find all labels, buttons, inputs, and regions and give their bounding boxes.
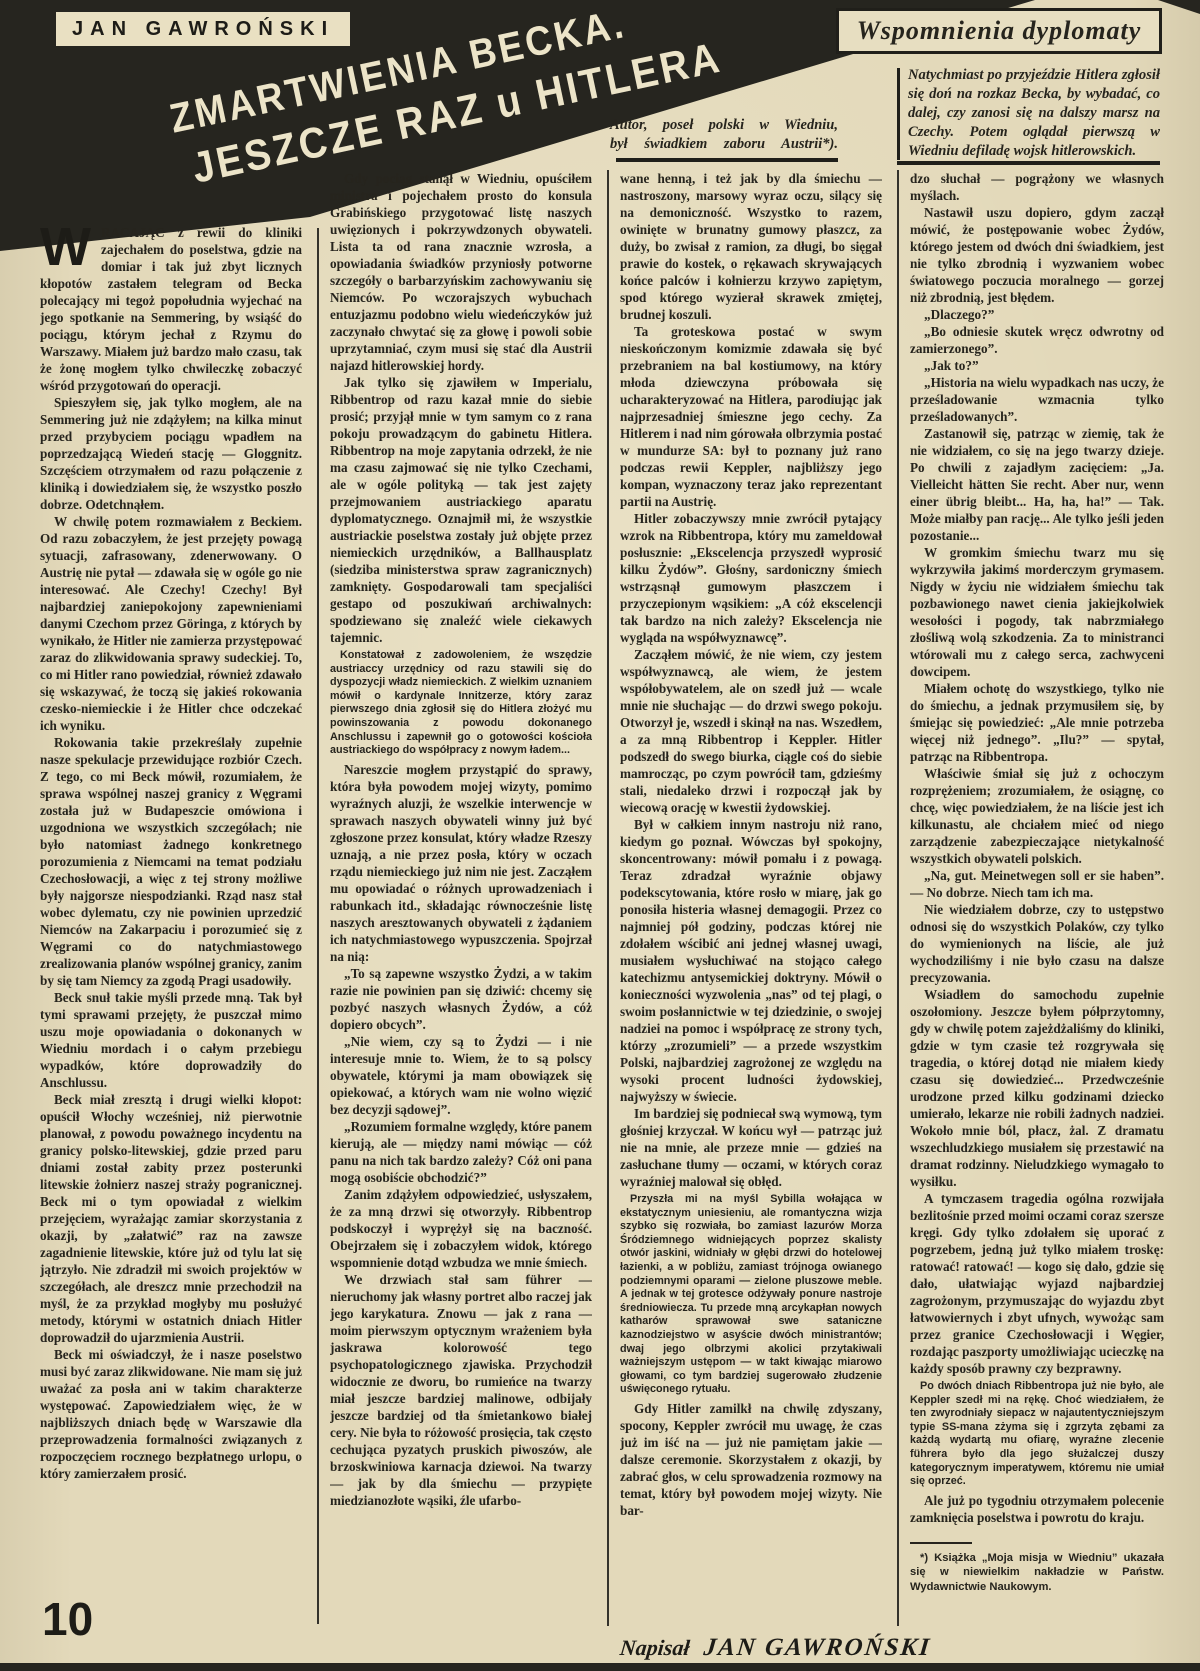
- article-column-1: WRACAJĄC z rewii do kliniki zajechałem d…: [40, 224, 302, 1622]
- article-column-3: wane henną, i też jak by dla śmiechu — n…: [620, 170, 882, 1626]
- column-divider-2: [607, 170, 609, 1626]
- byline: NapisałJAN GAWROŃSKI: [619, 1634, 1182, 1662]
- paragraph: „Rozumiem formalne względy, które panem …: [330, 1118, 592, 1186]
- newspaper-page: { "page": { "paper_color": "#e3d9ba", "i…: [0, 0, 1200, 1671]
- paragraph: Gdy Hitler zamilkł na chwilę zdyszany, s…: [620, 1400, 882, 1519]
- paragraph: Gdy pociąg stanął w Wiedniu, opuściłem m…: [330, 170, 592, 374]
- paragraph: Właściwie śmiał się już z ochoczym rozpr…: [910, 765, 1164, 867]
- paragraph: Nie wiedziałem dobrze, czy to ustępstwo …: [910, 901, 1164, 986]
- byline-prefix: Napisał: [619, 1635, 691, 1660]
- paragraph: Zacząłem mówić, że nie wiem, czy jestem …: [620, 646, 882, 816]
- author-note: Autor, poseł polski w Wiedniu, był świad…: [610, 116, 838, 154]
- paragraph: Rokowania takie przekreślały zupełnie na…: [40, 734, 302, 989]
- paragraph: W chwilę potem rozmawiałem z Beckiem. Od…: [40, 513, 302, 734]
- paragraph: wane henną, i też jak by dla śmiechu — n…: [620, 170, 882, 323]
- paragraph: „Dlaczego?”: [910, 306, 1164, 323]
- rule-under-author-note: [616, 158, 838, 162]
- column-divider-1: [317, 228, 319, 1624]
- paragraph: W gromkim śmiechu twarz mu się wykrzywił…: [910, 544, 1164, 680]
- article-column-4: dzo słuchał — pogrążony we własnych myśl…: [910, 170, 1164, 1630]
- paragraph: „Bo odniesie skutek wręcz odwrotny od za…: [910, 323, 1164, 357]
- drop-cap: W: [40, 224, 101, 268]
- paragraph: Ta groteskowa postać w swym nieskończony…: [620, 323, 882, 510]
- paragraph: Nastawił uszu dopiero, gdym zaczął mówić…: [910, 204, 1164, 306]
- paragraph: „Historia na wielu wypadkach nas uczy, ż…: [910, 374, 1164, 425]
- paragraph: Konstatował z zadowoleniem, że wszędzie …: [330, 649, 592, 758]
- paragraph: A tymczasem tragedia ogólna rozwijała be…: [910, 1190, 1164, 1377]
- paragraph: Wsiadłem do samochodu zupełnie oszołomio…: [910, 986, 1164, 1190]
- paragraph: „Jak to?”: [910, 357, 1164, 374]
- paragraph: Był w całkiem innym nastroju niż rano, k…: [620, 816, 882, 1105]
- paragraph: Po dwóch dniach Ribbentropa już nie było…: [910, 1380, 1164, 1489]
- paragraph: „Na, gut. Meinetwegen soll er sie haben”…: [910, 867, 1164, 901]
- paragraph: Miałem ochotę do wszystkiego, tylko nie …: [910, 680, 1164, 765]
- paragraph: „Nie wiem, czy są to Żydzi — i nie inter…: [330, 1033, 592, 1118]
- author-note-line2: był świadkiem zaboru Austrii*).: [610, 135, 838, 154]
- rule-under-lead: [897, 161, 1160, 165]
- page-number: 10: [42, 1592, 93, 1646]
- author-banner: JAN GAWROŃSKI: [56, 12, 350, 46]
- paragraph: Beck miał zresztą i drugi wielki kłopot:…: [40, 1091, 302, 1346]
- paragraph: We drzwiach stał sam führer — nieruchomy…: [330, 1271, 592, 1509]
- article-column-2: Gdy pociąg stanął w Wiedniu, opuściłem m…: [330, 170, 592, 1626]
- paragraph: Im bardziej się podniecał swą wymową, ty…: [620, 1105, 882, 1190]
- paragraph: Nareszcie mogłem przystąpić do sprawy, k…: [330, 761, 592, 965]
- lead-left-bar: [897, 68, 900, 160]
- series-title-box: Wspomnienia dyplomaty: [836, 8, 1162, 54]
- paragraph: Przyszła mi na myśl Sybilla wołająca w e…: [620, 1193, 882, 1397]
- paragraph: Zanim zdążyłem odpowiedzieć, usłyszałem,…: [330, 1186, 592, 1271]
- paragraph: Zastanowił się, patrząc w ziemię, tak że…: [910, 425, 1164, 544]
- byline-name: JAN GAWROŃSKI: [702, 1634, 932, 1661]
- author-note-line1: Autor, poseł polski w Wiedniu,: [610, 116, 838, 135]
- paragraph: Spieszyłem się, jak tylko mogłem, ale na…: [40, 394, 302, 513]
- paragraph: Beck snuł takie myśli przede mną. Tak by…: [40, 989, 302, 1091]
- lead-paragraph: Natychmiast po przyjeździe Hitlera zgłos…: [908, 66, 1160, 161]
- bottom-edge-bar: [0, 1663, 1200, 1671]
- paragraph: dzo słuchał — pogrążony we własnych myśl…: [910, 170, 1164, 204]
- paragraph: Ale już po tygodniu otrzymałem polecenie…: [910, 1492, 1164, 1526]
- paragraph: Hitler zobaczywszy mnie zwrócił pytający…: [620, 510, 882, 646]
- paragraph: Beck mi oświadczył, że i nasze poselstwo…: [40, 1346, 302, 1482]
- footnote: *) Książka „Moja misja w Wiedniu” ukazał…: [910, 1542, 1164, 1595]
- paragraph: Jak tylko się zjawiłem w Imperialu, Ribb…: [330, 374, 592, 646]
- paragraph: „To są zapewne wszystko Żydzi, a w takim…: [330, 965, 592, 1033]
- column-divider-3: [897, 170, 899, 1626]
- paragraph: WRACAJĄC z rewii do kliniki zajechałem d…: [40, 224, 302, 394]
